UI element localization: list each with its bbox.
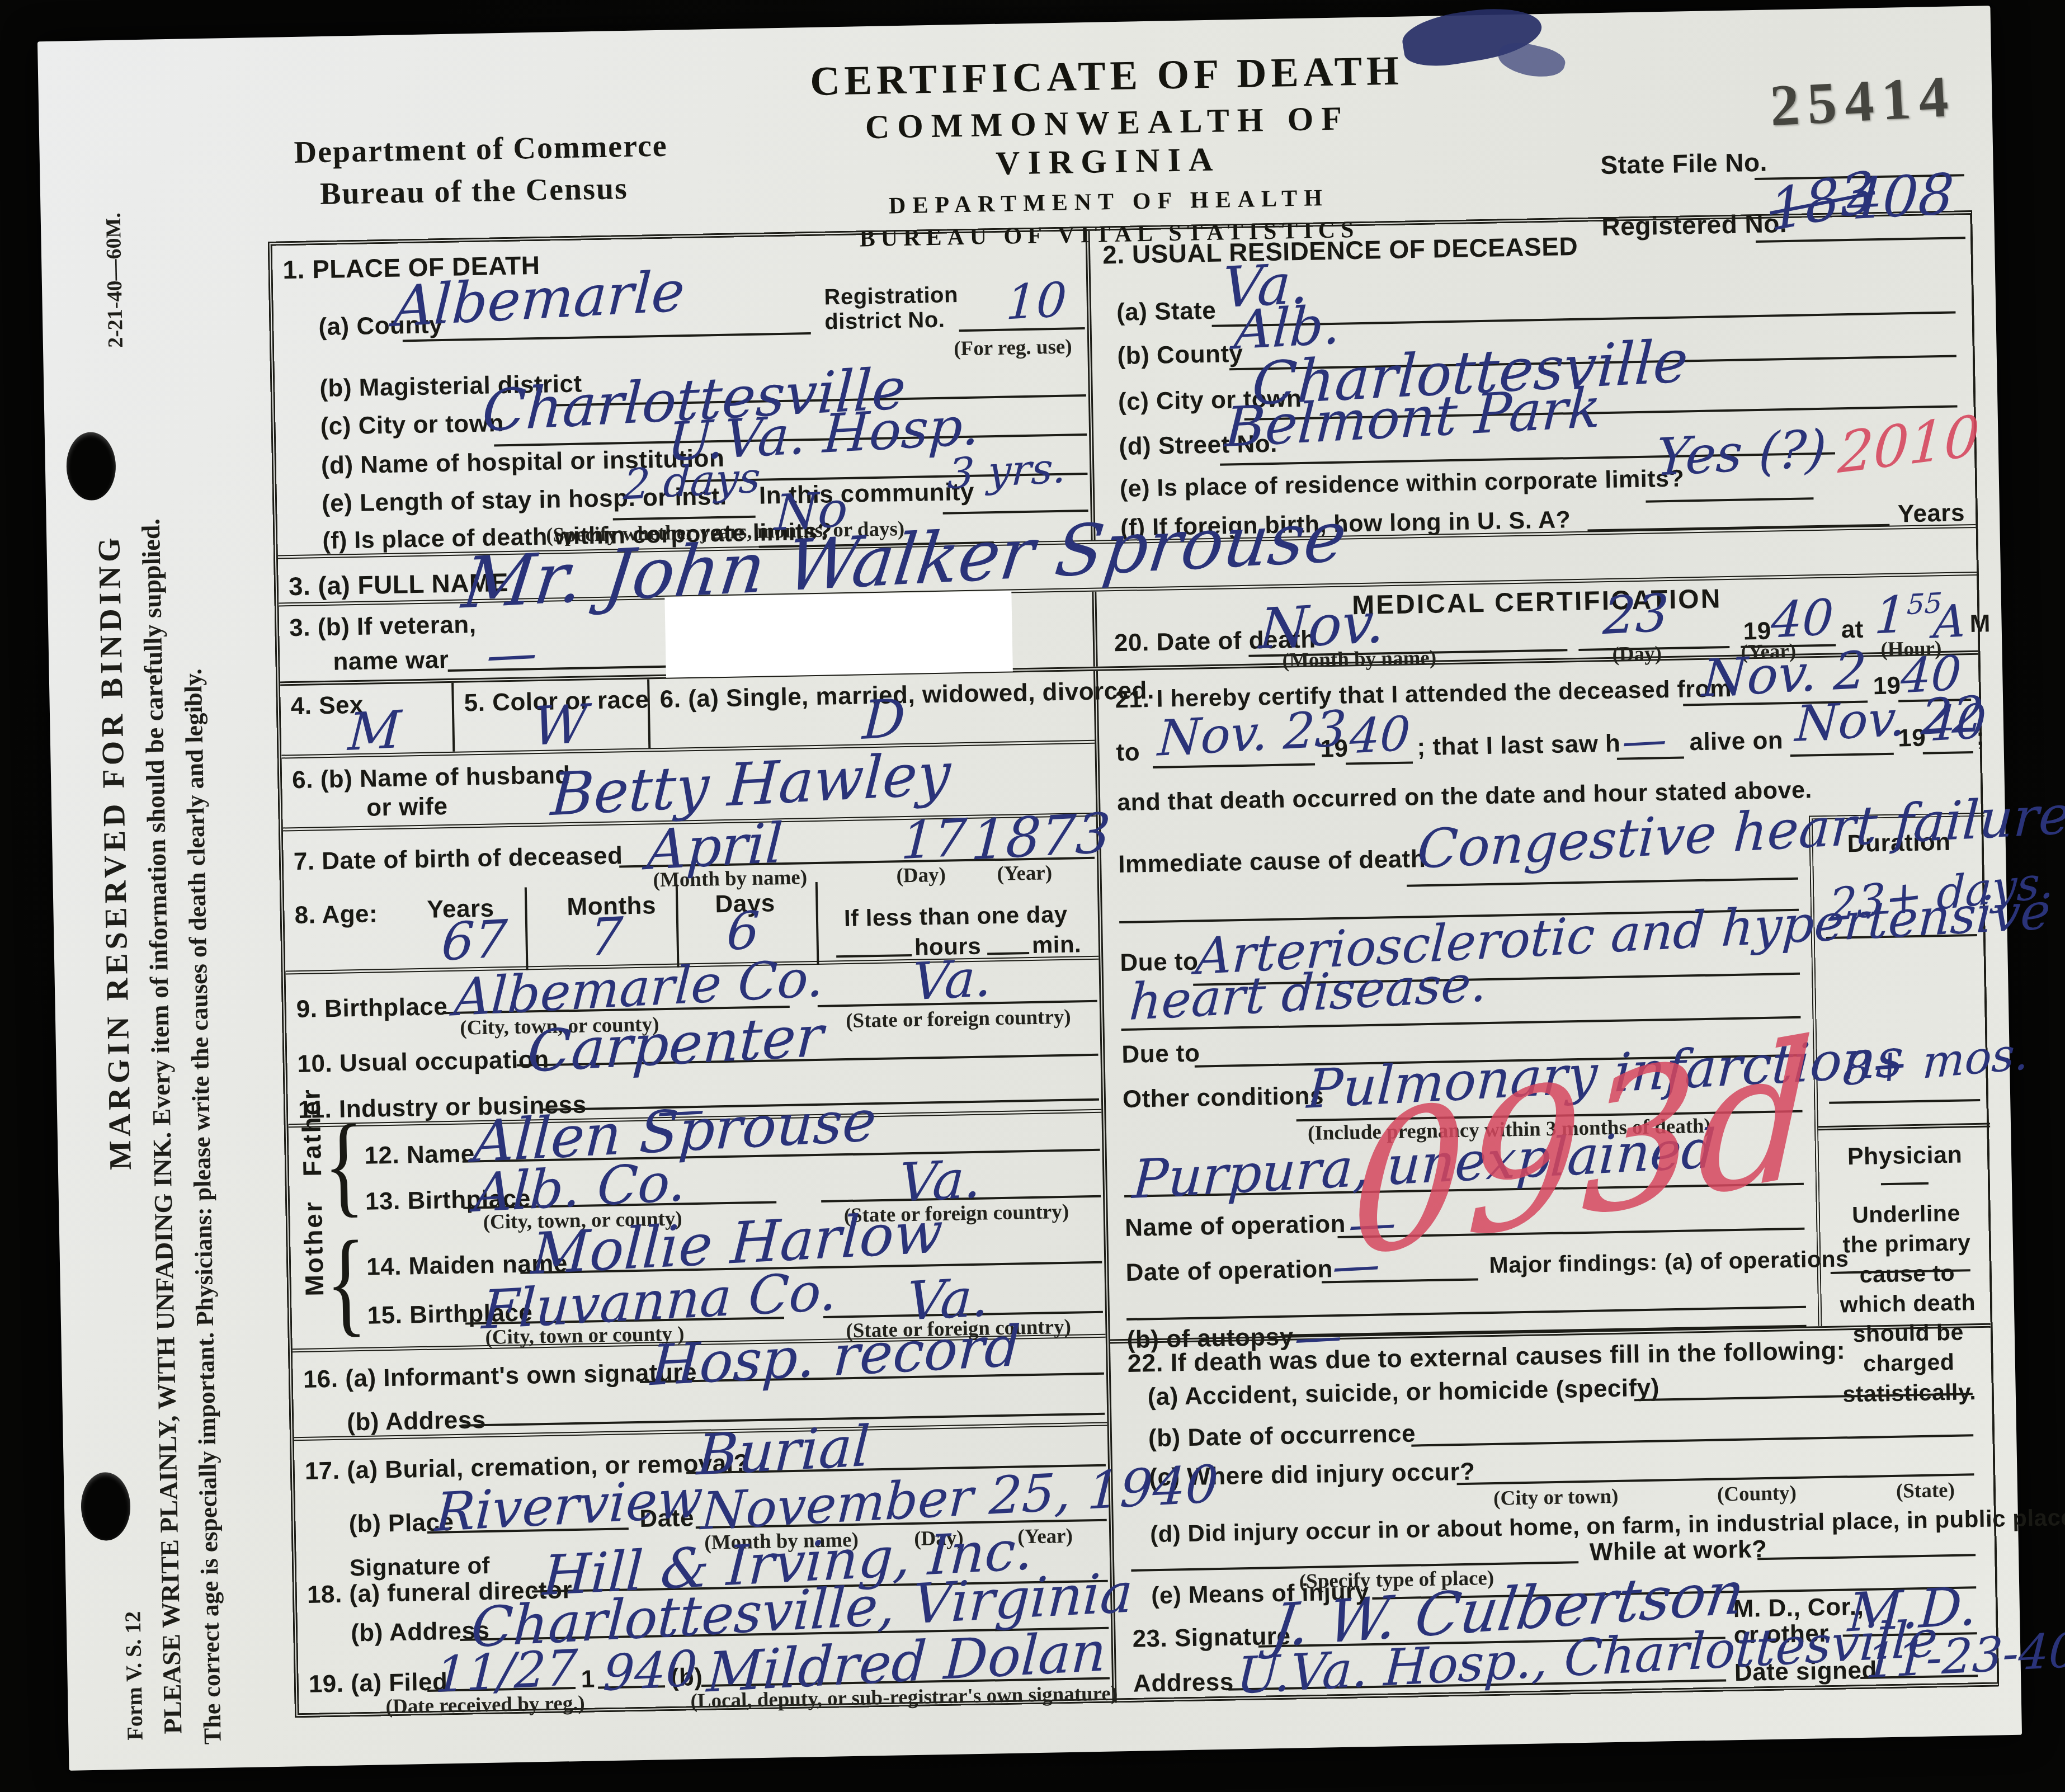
s6b-label2: or wife	[366, 793, 448, 822]
certificate-form: 1. PLACE OF DEATH (a) County Albemarle R…	[268, 210, 2000, 1718]
s2b-label: (b) County	[1117, 340, 1243, 370]
red-2010-stamp: 2010	[1837, 403, 1982, 487]
s1c-label: (c) City or town	[320, 409, 504, 441]
s7-label: 7. Date of birth of deceased	[293, 842, 623, 876]
band-main: 4. Sex M 5. Color or race W 6. (a) Singl…	[280, 655, 1997, 1718]
s9-label: 9. Birthplace	[296, 993, 447, 1024]
s7-year-value: 1873	[970, 801, 1112, 873]
s4-value: M	[347, 700, 403, 762]
s6a-label: 6. (a) Single, married, widowed, divorce…	[659, 677, 1154, 714]
s3b-value: —	[485, 623, 539, 685]
s5-value: W	[531, 694, 589, 758]
s2a-label: (a) State	[1116, 297, 1217, 327]
photo-background: 2-21-40—60M. MARGIN RESERVED FOR BINDING…	[0, 0, 2065, 1792]
s7-month-value: April	[645, 812, 785, 883]
s20-month-value: Nov.	[1258, 590, 1387, 662]
s21-alive: alive on	[1689, 727, 1784, 756]
state-file-label: State File No.	[1600, 147, 1767, 180]
left-column: 4. Sex M 5. Color or race W 6. (a) Singl…	[280, 671, 1117, 1718]
s20-year-value: 40	[1770, 588, 1835, 649]
s18-pre-label: Signature of	[350, 1552, 491, 1582]
autopsy-value: —	[1293, 1308, 1343, 1366]
redaction-box	[664, 591, 1013, 678]
punch-hole-bottom	[81, 1472, 131, 1541]
section-place-of-death: 1. PLACE OF DEATH (a) County Albemarle R…	[272, 231, 1096, 555]
marital-cell: 6. (a) Single, married, widowed, divorce…	[649, 671, 1095, 748]
s21-blank-scribble: —	[1621, 713, 1668, 767]
s23-date-value: 11-23-40	[1864, 1623, 2065, 1690]
ink-smudge-small	[1495, 38, 1567, 83]
s22-cap3: (State)	[1896, 1478, 1955, 1503]
opdate-label: Date of operation	[1125, 1255, 1333, 1287]
s7-day-value: 17	[900, 808, 968, 871]
op-label: Name of operation	[1125, 1210, 1346, 1242]
s19-year-value: 940	[602, 1639, 699, 1702]
s8-less-label: If less than one day	[843, 901, 1068, 932]
f12-label: 12. Name	[364, 1140, 475, 1170]
dept-commerce-line: Department of Commerce	[294, 128, 668, 171]
physician-label: Physician	[1819, 1141, 1991, 1172]
mother-brace: {	[325, 1214, 367, 1350]
s22-cap1: (City or town)	[1493, 1484, 1619, 1511]
race-cell: 5. Color or race W	[454, 679, 650, 751]
dept-health-title: DEPARTMENT OF HEALTH	[756, 182, 1461, 222]
s21-to-value: Nov. 23	[1157, 699, 1348, 767]
commonwealth-title: COMMONWEALTH OF VIRGINIA	[755, 97, 1460, 187]
margin-binding-note: MARGIN RESERVED FOR BINDING	[93, 610, 139, 1170]
s1-regdist-label2: district No.	[824, 308, 945, 335]
due2-label: Due to	[1121, 1039, 1200, 1069]
s22-cap2: (County)	[1717, 1481, 1797, 1507]
s1-regdist-value: 10	[1005, 272, 1068, 331]
s2f-years-label: Years	[1898, 499, 1965, 528]
s1-regdist-label1: Registration	[824, 282, 958, 310]
s1e-stay-value: 2 days	[622, 452, 761, 509]
s3b-label2: name war	[333, 646, 449, 676]
s1-regdist-cap: (For reg. use)	[954, 334, 1072, 361]
f13-value1: Alb. Co.	[473, 1152, 687, 1225]
s20-at: at	[1841, 616, 1864, 644]
father-brace: {	[323, 1100, 365, 1230]
s22a-label: (a) Accident, suicide, or homicide (spec…	[1147, 1374, 1659, 1412]
imm-label: Immediate cause of death	[1118, 845, 1426, 879]
s19a-value: 11/27	[434, 1638, 579, 1704]
s8-label: 8. Age:	[294, 900, 378, 930]
s22b-label: (b) Date of occurrence	[1148, 1420, 1416, 1453]
s2e-value: Yes (?)	[1654, 418, 1828, 488]
s20-m-label: M	[1969, 610, 1991, 638]
s8-min-label: min.	[1031, 931, 1081, 959]
other-label: Other conditions	[1122, 1082, 1324, 1114]
s20-ampm-value: A	[1932, 595, 1967, 648]
bureau-census-line: Bureau of the Census	[319, 171, 628, 212]
s21-yc-value: 40	[1924, 694, 1987, 753]
s3b-label1: 3. (b) If veteran,	[289, 611, 477, 642]
s21-mid: ; that I last saw h	[1417, 730, 1621, 762]
signature-block: 23. Signature J. W. Culbertson M. D., Co…	[1115, 1586, 1997, 1703]
s19-year-printed: 1	[581, 1665, 595, 1693]
s22-title: 22. If death was due to external causes …	[1127, 1336, 1845, 1378]
veteran-cell: 3. (b) If veteran, name war —	[279, 592, 1098, 682]
s20-day-value: 23	[1602, 583, 1670, 647]
state-file-stamp: 25414	[1768, 62, 1957, 140]
s16a-label: 16. (a) Informant's own signature	[303, 1359, 697, 1394]
external-causes-block: 22. If death was due to external causes …	[1110, 1323, 1995, 1602]
margin-form-number: Form V. S. 12	[118, 1550, 148, 1741]
margin-print-code: 2-21-40—60M.	[99, 112, 128, 348]
s21-to: to	[1116, 738, 1140, 767]
s8-years-value: 67	[440, 909, 508, 973]
s10-label: 10. Usual occupation	[297, 1046, 549, 1078]
right-column: 21. I hereby certify that I attended the…	[1098, 655, 1997, 1703]
punch-hole-top	[66, 432, 116, 501]
sex-cell: 4. Sex M	[280, 683, 455, 755]
s2e-label: (e) Is place of residence within corpora…	[1120, 465, 1685, 502]
s16b-label: (b) Address	[347, 1406, 486, 1437]
registered-no-value: 408	[1846, 161, 1956, 233]
s9-value2: Va.	[911, 948, 993, 1012]
s1e-community-value: 3 yrs.	[946, 443, 1067, 499]
certificate-title: CERTIFICATE OF DEATH	[754, 46, 1459, 107]
medical-certification-block: 21. I hereby certify that I attended the…	[1098, 655, 1991, 1340]
s2-title: 2. USUAL RESIDENCE OF DECEASED	[1102, 231, 1578, 270]
death-certificate-page: 2-21-40—60M. MARGIN RESERVED FOR BINDING…	[37, 6, 2022, 1770]
section-usual-residence: 2. USUAL RESIDENCE OF DECEASED (a) State…	[1090, 215, 1976, 540]
s18b-label: (b) Address	[351, 1617, 490, 1648]
s6b-label1: 6. (b) Name of husband	[292, 761, 571, 794]
s23-addr-label: Address	[1133, 1668, 1234, 1698]
s21-yb-value: 40	[1349, 706, 1412, 765]
